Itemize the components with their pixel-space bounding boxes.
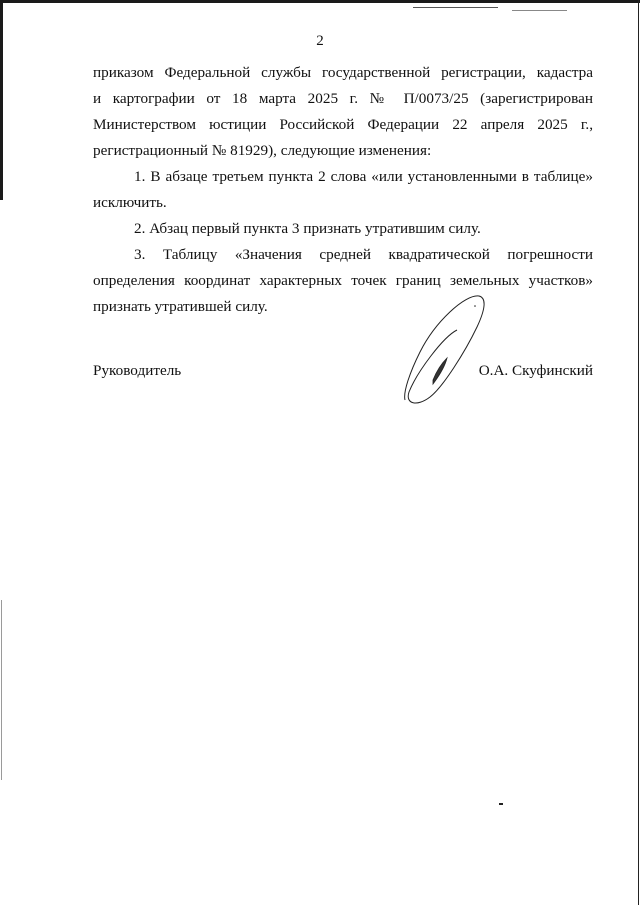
signatory-name: О.А. Скуфинский <box>479 362 593 380</box>
item-line: определения координат характерных точек … <box>93 268 593 294</box>
page-number: 2 <box>0 33 640 50</box>
body-line: приказом Федеральной службы государствен… <box>93 60 593 86</box>
item-line: исключить. <box>93 190 593 216</box>
handwritten-signature-icon <box>395 292 495 407</box>
amendment-item-1: 1. В абзаце третьем пункта 2 слова «или … <box>93 164 593 216</box>
amendment-item-2: 2. Абзац первый пункта 3 признать утрати… <box>93 216 593 242</box>
body-line: регистрационный № 81929), следующие изме… <box>93 138 593 164</box>
scan-edge-top <box>0 0 640 3</box>
item-line: признать утратившей силу. <box>93 294 593 320</box>
item-line: 3. Таблицу «Значения средней квадратичес… <box>93 242 593 268</box>
item-line: 1. В абзаце третьем пункта 2 слова «или … <box>93 164 593 190</box>
scan-artifact <box>512 10 567 11</box>
scan-edge-left-lower <box>1 600 2 780</box>
body-line: Министерством юстиции Российской Федерац… <box>93 112 593 138</box>
scan-edge-left <box>0 0 3 200</box>
scan-edge-right <box>638 0 639 905</box>
scan-artifact <box>413 7 498 8</box>
item-line: 2. Абзац первый пункта 3 признать утрати… <box>93 216 593 242</box>
amendment-item-3: 3. Таблицу «Значения средней квадратичес… <box>93 242 593 320</box>
scan-speck <box>499 803 503 805</box>
body-line: и картографии от 18 марта 2025 г. № П/00… <box>93 86 593 112</box>
signatory-title: Руководитель <box>93 362 181 380</box>
document-body: приказом Федеральной службы государствен… <box>93 60 593 320</box>
